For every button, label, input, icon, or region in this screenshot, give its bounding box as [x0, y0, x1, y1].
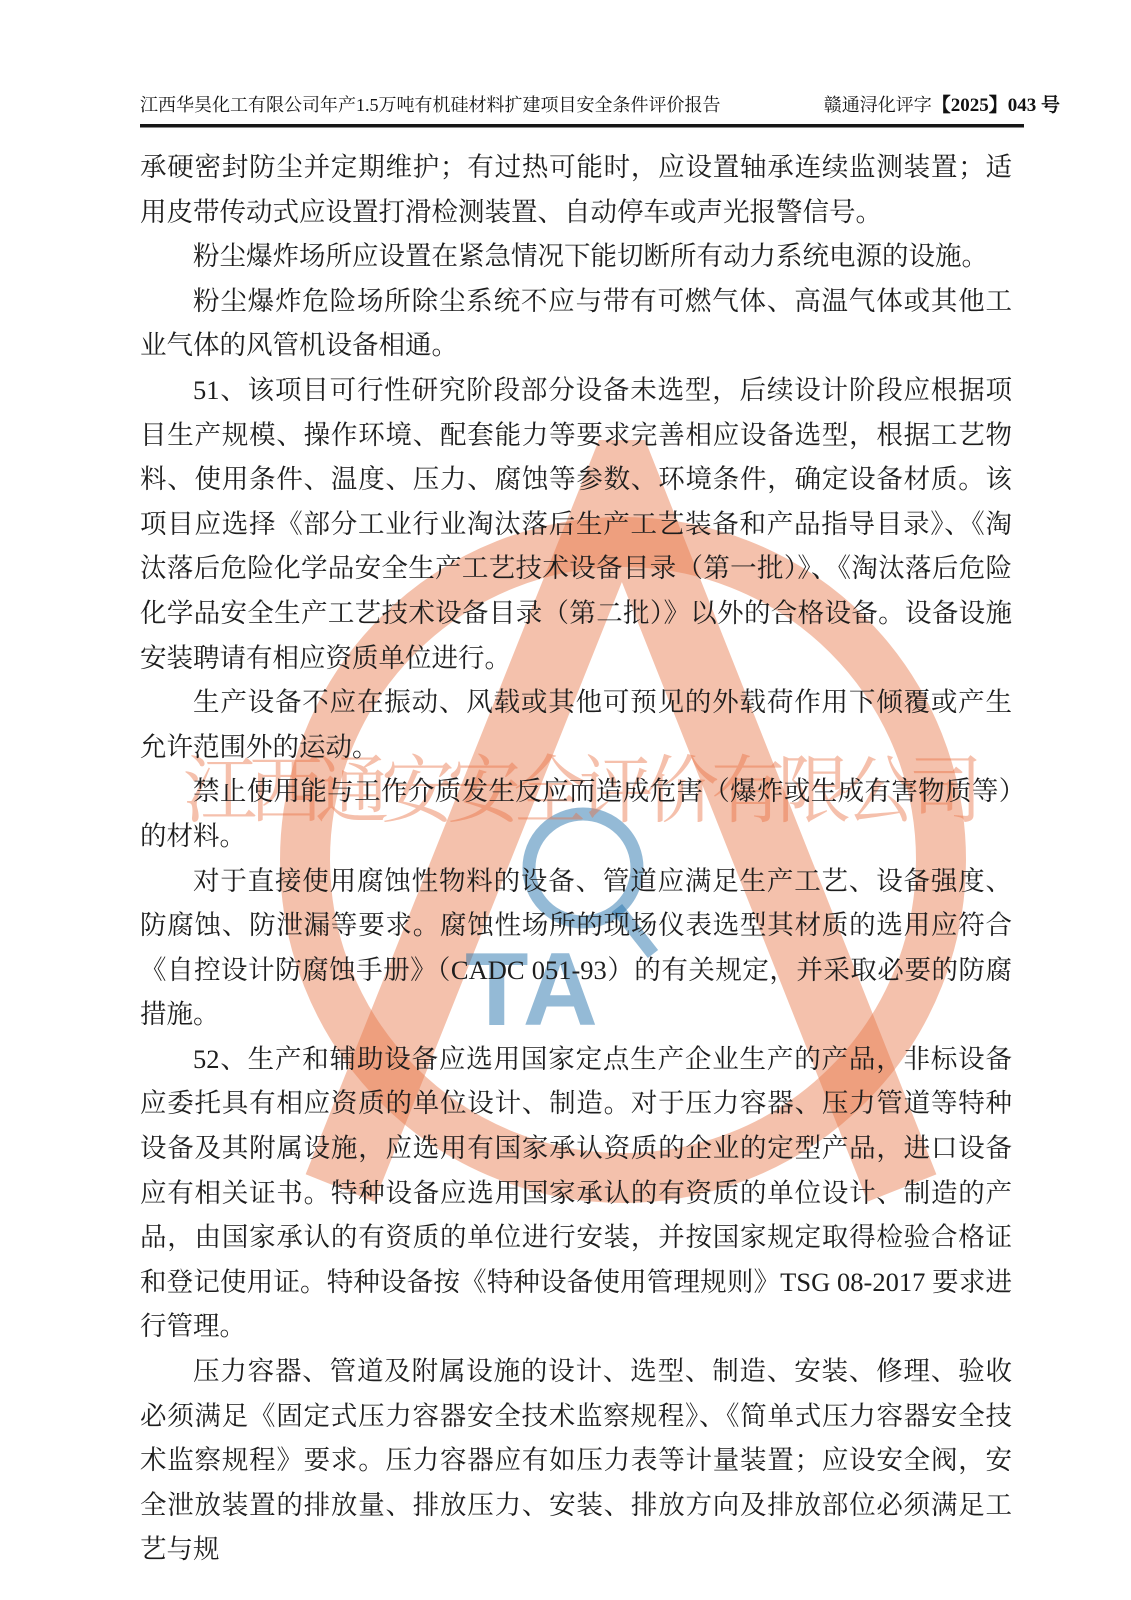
- body-paragraph: 52、生产和辅助设备应选用国家定点生产企业生产的产品，非标设备应委托具有相应资质…: [140, 1037, 1012, 1349]
- header-document-number: 赣通浔化评字【2025】043 号: [824, 90, 1060, 117]
- body-paragraph: 禁止使用能与工作介质发生反应而造成危害（爆炸或生成有害物质等）的材料。: [140, 769, 1012, 858]
- body-paragraph: 51、该项目可行性研究阶段部分设备未选型，后续设计阶段应根据项目生产规模、操作环…: [140, 368, 1012, 680]
- body-paragraph: 压力容器、管道及附属设施的设计、选型、制造、安装、修理、验收必须满足《固定式压力…: [140, 1349, 1012, 1572]
- header-doc-number-prefix: 赣通浔化评字: [824, 95, 932, 115]
- body-paragraph: 对于直接使用腐蚀性物料的设备、管道应满足生产工艺、设备强度、防腐蚀、防泄漏等要求…: [140, 859, 1012, 1037]
- body-paragraph: 粉尘爆炸场所应设置在紧急情况下能切断所有动力系统电源的设施。: [140, 234, 1012, 279]
- report-page: TA 江西通安安全评价有限公司 江西华昊化工有限公司年产1.5万吨有机硅材料扩建…: [0, 0, 1131, 1600]
- header-doc-number-value: 【2025】043 号: [932, 95, 1060, 116]
- page-header: 江西华昊化工有限公司年产1.5万吨有机硅材料扩建项目安全条件评价报告 赣通浔化评…: [140, 90, 1060, 128]
- body-paragraph: 生产设备不应在振动、风载或其他可预见的外载荷作用下倾覆或产生允许范围外的运动。: [140, 680, 1012, 769]
- body-paragraph: 承硬密封防尘并定期维护；有过热可能时，应设置轴承连续监测装置；适用皮带传动式应设…: [140, 145, 1012, 234]
- body-text: 承硬密封防尘并定期维护；有过热可能时，应设置轴承连续监测装置；适用皮带传动式应设…: [140, 145, 1012, 1572]
- header-report-title: 江西华昊化工有限公司年产1.5万吨有机硅材料扩建项目安全条件评价报告: [140, 91, 721, 117]
- body-paragraph: 粉尘爆炸危险场所除尘系统不应与带有可燃气体、高温气体或其他工业气体的风管机设备相…: [140, 279, 1012, 368]
- header-divider-rule: [140, 124, 1024, 128]
